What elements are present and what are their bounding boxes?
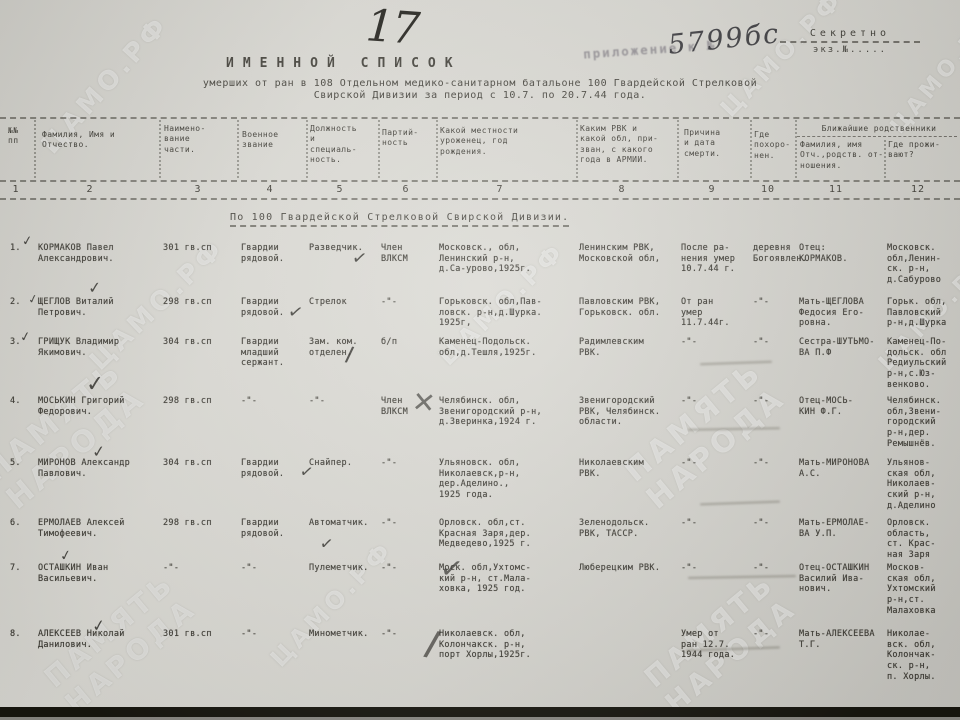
burial-place: -"-	[753, 458, 797, 469]
relative-address: Москов- ская обл, Ухтомский р-н,ст. Мала…	[887, 563, 960, 616]
death-cause: После ра- нения умер 10.7.44 г.	[681, 243, 753, 275]
relative: Отец: КОРМАКОВ.	[799, 243, 883, 264]
party: -"-	[381, 563, 437, 574]
column-separator	[237, 120, 239, 178]
birthplace: Николаевск. обл, Колончакск. р-н, порт Х…	[439, 629, 577, 661]
pamyat-naroda-watermark: ПАМЯТЬ НАРОДА	[617, 354, 792, 517]
burial-place: деревня Богоявлен.	[753, 243, 797, 264]
relative-address: Каменец-По- дольск. обл Редиульский р-н,…	[887, 337, 960, 390]
unit: 298 гв.сп	[163, 396, 239, 407]
death-cause: -"-	[681, 563, 753, 574]
party: -"-	[381, 458, 437, 469]
column-separator	[306, 120, 308, 178]
header-relative-address: Где прожи- вают?	[888, 140, 940, 161]
relative-address: Ульянов- ская обл, Николаев- ский р-н, д…	[887, 458, 960, 511]
column-separator	[750, 120, 752, 178]
death-cause: -"-	[681, 396, 753, 407]
column-number: 6	[386, 184, 426, 195]
relative: Отец-МОСЬ- КИН Ф.Г.	[799, 396, 883, 417]
pencil-smudge	[700, 501, 780, 506]
copy-number-label: экз.№.....	[780, 41, 920, 55]
drafted-by: Зеленодольск. РВК, ТАССР.	[579, 518, 677, 539]
camo-watermark: ЦАМО.РФ	[715, 0, 849, 123]
checkmark-icon: ✓	[87, 277, 102, 297]
rank: -"-	[241, 396, 307, 407]
death-cause: -"-	[681, 518, 753, 529]
scanned-document-page: ЦАМО.РФ ЦАМО.РФ ЦАМО.РФ ЦАМО.РФ ЦАМО.РФ …	[0, 0, 960, 720]
column-number: 10	[748, 184, 788, 195]
party: -"-	[381, 297, 437, 308]
burial-place: -"-	[753, 396, 797, 407]
burial-place: -"-	[753, 563, 797, 574]
rank: Гвардии рядовой.	[241, 458, 307, 479]
death-cause: Умер от ран 12.7. 1944 года.	[681, 629, 753, 661]
soldier-name: ЩЕГЛОВ Виталий Петрович.	[38, 297, 164, 318]
rank: Гвардии рядовой.	[241, 518, 307, 539]
pencil-smudge	[688, 575, 796, 579]
relative-address: Николае- вск. обл, Колончак- ск. р-н, п.…	[887, 629, 960, 682]
document-subtitle-line2: Свирской Дивизии за период с 10.7. по 20…	[200, 90, 760, 101]
burial-place: -"-	[753, 518, 797, 529]
scan-edge-strip	[0, 707, 960, 717]
header-unit: Наимено- вание части.	[164, 124, 206, 155]
birthplace: Челябинск. обл, Звенигородский р-н, д.Зв…	[439, 396, 577, 428]
relative: Сестра-ШУТЬМО- ВА П.Ф	[799, 337, 883, 358]
table-rule-top	[0, 117, 960, 119]
checkmark-icon: ✓	[91, 615, 107, 636]
rank: Гвардии рядовой.	[241, 243, 307, 264]
rank: Гвардии младший сержант.	[241, 337, 307, 369]
row-number: 8.	[10, 629, 36, 640]
relative: Мать-АЛЕКСЕЕВА Т.Г.	[799, 629, 883, 650]
birthplace: Горьковск. обл,Пав- ловск. р-н,д.Шурка. …	[439, 297, 577, 329]
birthplace: Ульяновск. обл, Николаевск,р-н, дер.Адел…	[439, 458, 577, 501]
column-separator	[677, 120, 679, 178]
relatives-underline	[797, 136, 957, 137]
unit: 301 гв.сп	[163, 243, 239, 254]
rank: -"-	[241, 629, 307, 640]
column-number: 8	[602, 184, 642, 195]
soldier-name: КОРМАКОВ Павел Александрович.	[38, 243, 164, 264]
birthplace: Каменец-Подольск. обл,д.Тешля,1925г.	[439, 337, 577, 358]
party: б/п	[381, 337, 437, 348]
column-separator	[884, 140, 886, 178]
row-number: 4.	[10, 396, 36, 407]
column-separator	[576, 120, 578, 178]
duty: Разведчик.	[309, 243, 379, 254]
duty: Пулеметчик.	[309, 563, 379, 574]
soldier-name: ЕРМОЛАЕВ Алексей Тимофеевич.	[38, 518, 164, 539]
birthplace: Орловск. обл,ст. Красная Заря,дер. Медве…	[439, 518, 577, 550]
soldier-name: ГРИЩУК Владимир Якимович.	[38, 337, 164, 358]
unit: 298 гв.сп	[163, 518, 239, 529]
column-number: 4	[250, 184, 290, 195]
checkmark-icon: ✓	[286, 301, 305, 325]
column-number: 11	[816, 184, 856, 195]
drafted-by: Радимлевским РВК.	[579, 337, 677, 358]
table-rule-mid	[0, 180, 960, 182]
unit: 304 гв.сп	[163, 337, 239, 348]
duty: Автоматчик.	[309, 518, 379, 529]
unit: 298 гв.сп	[163, 297, 239, 308]
duty: Зам. ком. отделен.	[309, 337, 379, 358]
unit: 301 гв.сп	[163, 629, 239, 640]
header-party: Партий- ность	[382, 128, 419, 149]
column-number: 9	[692, 184, 732, 195]
checkmark-icon: ✓	[438, 551, 466, 587]
relative: Отец-ОСТАШКИН Василий Ива- нович.	[799, 563, 883, 595]
secret-label: Секретно	[780, 28, 920, 39]
checkmark-icon: ✓	[91, 441, 106, 461]
header-rank: Военное звание	[242, 130, 279, 151]
birthplace: Московск., обл, Ленинский р-н, д.Са-уров…	[439, 243, 577, 275]
unit: -"-	[163, 563, 239, 574]
soldier-name: ОСТАШКИН Иван Васильевич.	[38, 563, 164, 584]
pamyat-naroda-watermark: ПАМЯТЬ НАРОДА	[0, 354, 152, 517]
cross-mark-icon: ✕	[410, 385, 437, 420]
relative: Мать-ЕРМОЛАЕ- ВА У.П.	[799, 518, 883, 539]
column-separator	[436, 120, 438, 178]
secrecy-block: Секретно экз.№.....	[780, 28, 920, 55]
duty: Снайпер.	[309, 458, 379, 469]
handwritten-registration-number: 5799бс	[667, 18, 782, 61]
checkmark-icon: ✓	[19, 329, 32, 346]
checkmark-icon: ✓	[21, 233, 34, 249]
rank: -"-	[241, 563, 307, 574]
row-number: 7.	[10, 563, 36, 574]
death-cause: От ран умер 11.7.44г.	[681, 297, 753, 329]
checkmark-icon: ✓	[85, 371, 105, 397]
burial-place: -"-	[753, 629, 797, 640]
column-number: 2	[60, 184, 120, 195]
burial-place: -"-	[753, 297, 797, 308]
relative: Мать-МИРОНОВА А.С.	[799, 458, 883, 479]
column-number: 5	[320, 184, 360, 195]
header-death-cause: Причина и дата смерти.	[684, 128, 721, 159]
drafted-by: Павловским РВК, Горьковск. обл.	[579, 297, 677, 318]
column-number: 1	[4, 184, 28, 195]
party: Член ВЛКСМ	[381, 243, 437, 264]
death-cause: -"-	[681, 337, 753, 348]
drafted-by: Звенигородский РВК, Челябинск. области.	[579, 396, 677, 428]
column-separator	[34, 120, 36, 178]
checkmark-icon: ✓	[350, 247, 369, 270]
document-title: ИМЕННОЙ СПИСОК	[226, 56, 462, 71]
relative: Мать-ЩЕГЛОВА Федосия Его- ровна.	[799, 297, 883, 329]
relative-address: Челябинск. обл,Звени- городский р-н,дер.…	[887, 396, 960, 449]
camo-watermark: ЦАМО.РФ	[265, 535, 399, 672]
column-number: 3	[178, 184, 218, 195]
pencil-smudge	[688, 427, 780, 431]
drafted-by: Люберецким РВК.	[579, 563, 677, 574]
row-number: 6.	[10, 518, 36, 529]
death-cause: -"-	[681, 458, 753, 469]
header-burial-place: Где похоро- нен.	[754, 130, 791, 161]
relative-address: Московск. обл,Ленин- ск. р-н, д.Сабурово	[887, 243, 960, 286]
checkmark-icon: ✓	[59, 547, 73, 565]
checkmark-icon: ✓	[27, 291, 40, 307]
column-number: 12	[898, 184, 938, 195]
header-birthplace: Какой местности уроженец, год рождения.	[440, 126, 518, 157]
document-subtitle-line1: умерших от ран в 108 Отдельном медико-са…	[50, 78, 910, 89]
burial-place: -"-	[753, 337, 797, 348]
handwritten-page-number: 17	[364, 0, 419, 55]
duty: Стрелок	[309, 297, 379, 308]
relative-address: Орловск. область, ст. Крас- ная Заря	[887, 518, 960, 561]
division-section-title: По 100 Гвардейской Стрелковой Свирской Д…	[230, 212, 569, 227]
table-rule-bottom	[0, 198, 960, 200]
duty: -"-	[309, 396, 379, 407]
column-number: 7	[480, 184, 520, 195]
header-row-number: №№ пп	[8, 126, 18, 147]
drafted-by: Николаевским РВК.	[579, 458, 677, 479]
header-duty: Должность и специаль- ность.	[310, 124, 357, 166]
header-relatives-group: Ближайшие родственники	[800, 124, 958, 134]
relative-address: Горьк. обл, Павловский р-н,д.Шурка	[887, 297, 960, 329]
duty: Миномeтчик.	[309, 629, 379, 640]
header-drafted-by: Каким РВК и какой обл, при- зван, с како…	[580, 124, 658, 166]
soldier-name: МИРОНОВ Александр Павлович.	[38, 458, 164, 479]
column-separator	[159, 120, 161, 178]
pencil-smudge	[700, 361, 772, 366]
soldier-name: МОСЬКИН Григорий Федорович.	[38, 396, 164, 417]
header-relative-name: Фамилия, имя Отч.,родств. от- ношения.	[800, 140, 883, 171]
drafted-by: Ленинским РВК, Московской обл,	[579, 243, 677, 264]
checkmark-icon: ✓	[319, 533, 335, 554]
row-number: 5.	[10, 458, 36, 469]
party: -"-	[381, 518, 437, 529]
column-separator	[795, 120, 797, 178]
unit: 304 гв.сп	[163, 458, 239, 469]
checkmark-icon: ✓	[298, 461, 315, 482]
header-name: Фамилия, Имя и Отчество.	[42, 130, 115, 151]
column-separator	[378, 120, 380, 178]
